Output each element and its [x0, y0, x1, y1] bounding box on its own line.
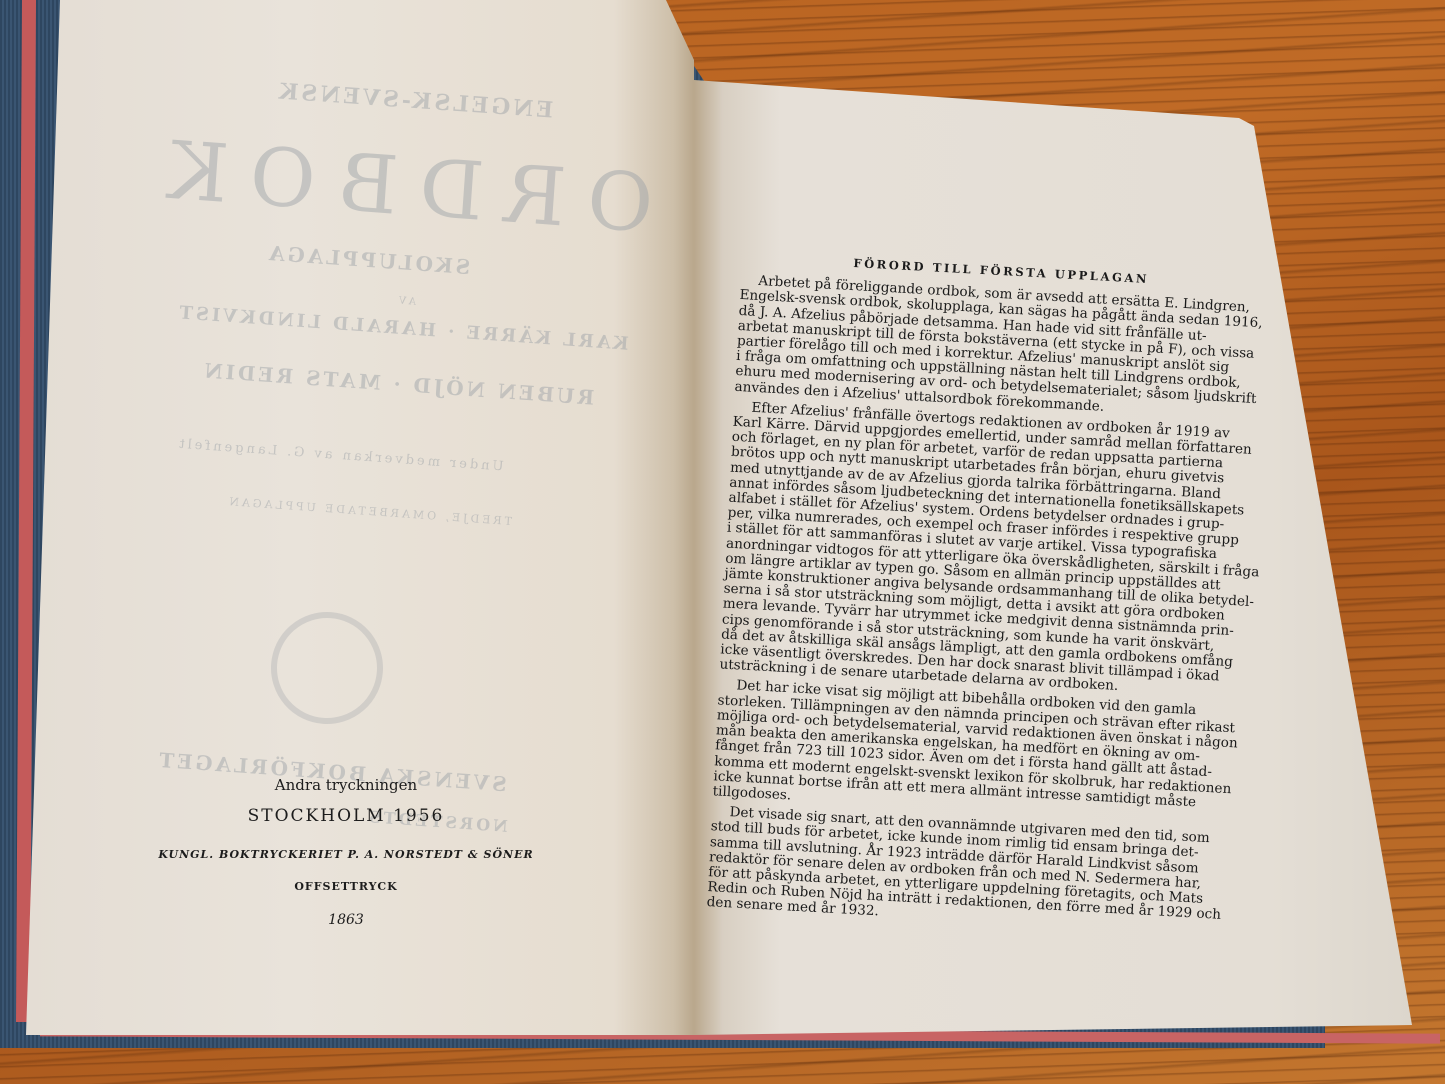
print-method: OFFSETTRYCK	[86, 880, 606, 893]
publisher-emblem-show-through	[267, 608, 387, 728]
show-through-line: TREDJE, OMARBETADE UPPLAGAN	[226, 495, 512, 528]
show-through-line: SKOLUPPLAGA	[265, 241, 471, 279]
place-and-year: STOCKHOLM 1956	[86, 806, 606, 826]
print-number: 1863	[86, 912, 606, 928]
show-through-line: ENGELSK-SVENSK	[275, 78, 553, 123]
preface-paragraph: Arbetet på föreliggande ordbok, som är a…	[734, 273, 1240, 421]
show-through-line: Under medverkan av G. Langenfelt	[176, 437, 504, 475]
preface-paragraph: Det har icke visat sig möjligt att bibeh…	[712, 678, 1218, 826]
preface-text: FÖRORD TILL FÖRSTA UPPLAGAN Arbetet på f…	[706, 250, 1241, 943]
show-through-line: KARL KÄRRE · HARALD LINDKVIST	[176, 302, 629, 355]
book-photo-scene: ENGELSK-SVENSK ORDBOK SKOLUPPLAGA AV KAR…	[0, 0, 1445, 1084]
show-through-line: AV	[396, 295, 417, 307]
printing-edition: Andra tryckningen	[86, 776, 606, 794]
left-page: ENGELSK-SVENSK ORDBOK SKOLUPPLAGA AV KAR…	[26, 0, 694, 1035]
show-through-title: ORDBOK	[143, 122, 656, 250]
preface-paragraph: Efter Afzelius' frånfälle övertogs redak…	[719, 400, 1233, 700]
right-page: FÖRORD TILL FÖRSTA UPPLAGAN Arbetet på f…	[694, 60, 1414, 1040]
printer-name: KUNGL. BOKTRYCKERIET P. A. NORSTEDT & SÖ…	[86, 848, 606, 861]
show-through-line: RUBEN NÖJD · MATS REDIN	[201, 358, 595, 409]
preface-paragraph: Det visade sig snart, att den ovannämnde…	[706, 804, 1211, 937]
